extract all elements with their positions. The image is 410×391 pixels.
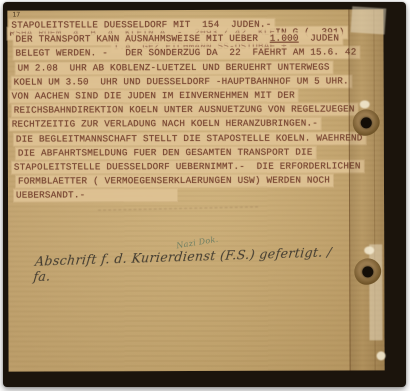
typed-line: STAPOLEITSTELLE DUESSELDORF UEBERNIMMT.-… (12, 155, 382, 170)
paper-spot (360, 100, 370, 108)
typed-line: DER TRANSPORT KANN AUSNAHMSWEISE MIT UEB… (13, 28, 381, 43)
typed-text-block: STAPOLEITSTELLE DUESSELDORF MIT 154 JUDE… (9, 13, 382, 199)
handwritten-note: Abschrift f. d. Kurierdienst (F.S.) gefe… (33, 244, 346, 284)
typed-line: STAPOLEITSTELLE DUESSELDORF MIT 154 JUDE… (9, 13, 381, 28)
typed-line: REICHSBAHNDIREKTION KOELN UNTER AUSNUETZ… (12, 98, 382, 113)
paper-spot (364, 246, 374, 254)
punch-hole-top (353, 109, 380, 136)
typed-line-text: UEBERSANDT.- (14, 189, 177, 202)
typed-line: FORMBLAETTER ( VERMOEGENSERKLAERUNGEN US… (16, 169, 382, 184)
typed-line: UM 2.08 UHR AB KOBLENZ-LUETZEL UND BERUE… (16, 56, 382, 71)
document-paper: 17 STAPOLEITSTELLE DUESSELDORF MIT 154 J… (7, 9, 384, 371)
typed-line: BELEGT WERDEN. - DER SONDERZUG DA 22 FAE… (13, 42, 381, 57)
photo-frame: 17 STAPOLEITSTELLE DUESSELDORF MIT 154 J… (3, 2, 406, 387)
typed-line: DIE BEGLEITMANNSCHAFT STELLT DIE STAPOST… (14, 127, 382, 142)
paper-spot (377, 351, 386, 360)
punch-hole-bottom (354, 258, 381, 285)
typed-line: KOELN UM 3.50 UHR UND DUESSELDORF -HAUPT… (12, 70, 382, 85)
tape-patch-top (351, 6, 387, 34)
pencil-smudge (98, 206, 258, 214)
